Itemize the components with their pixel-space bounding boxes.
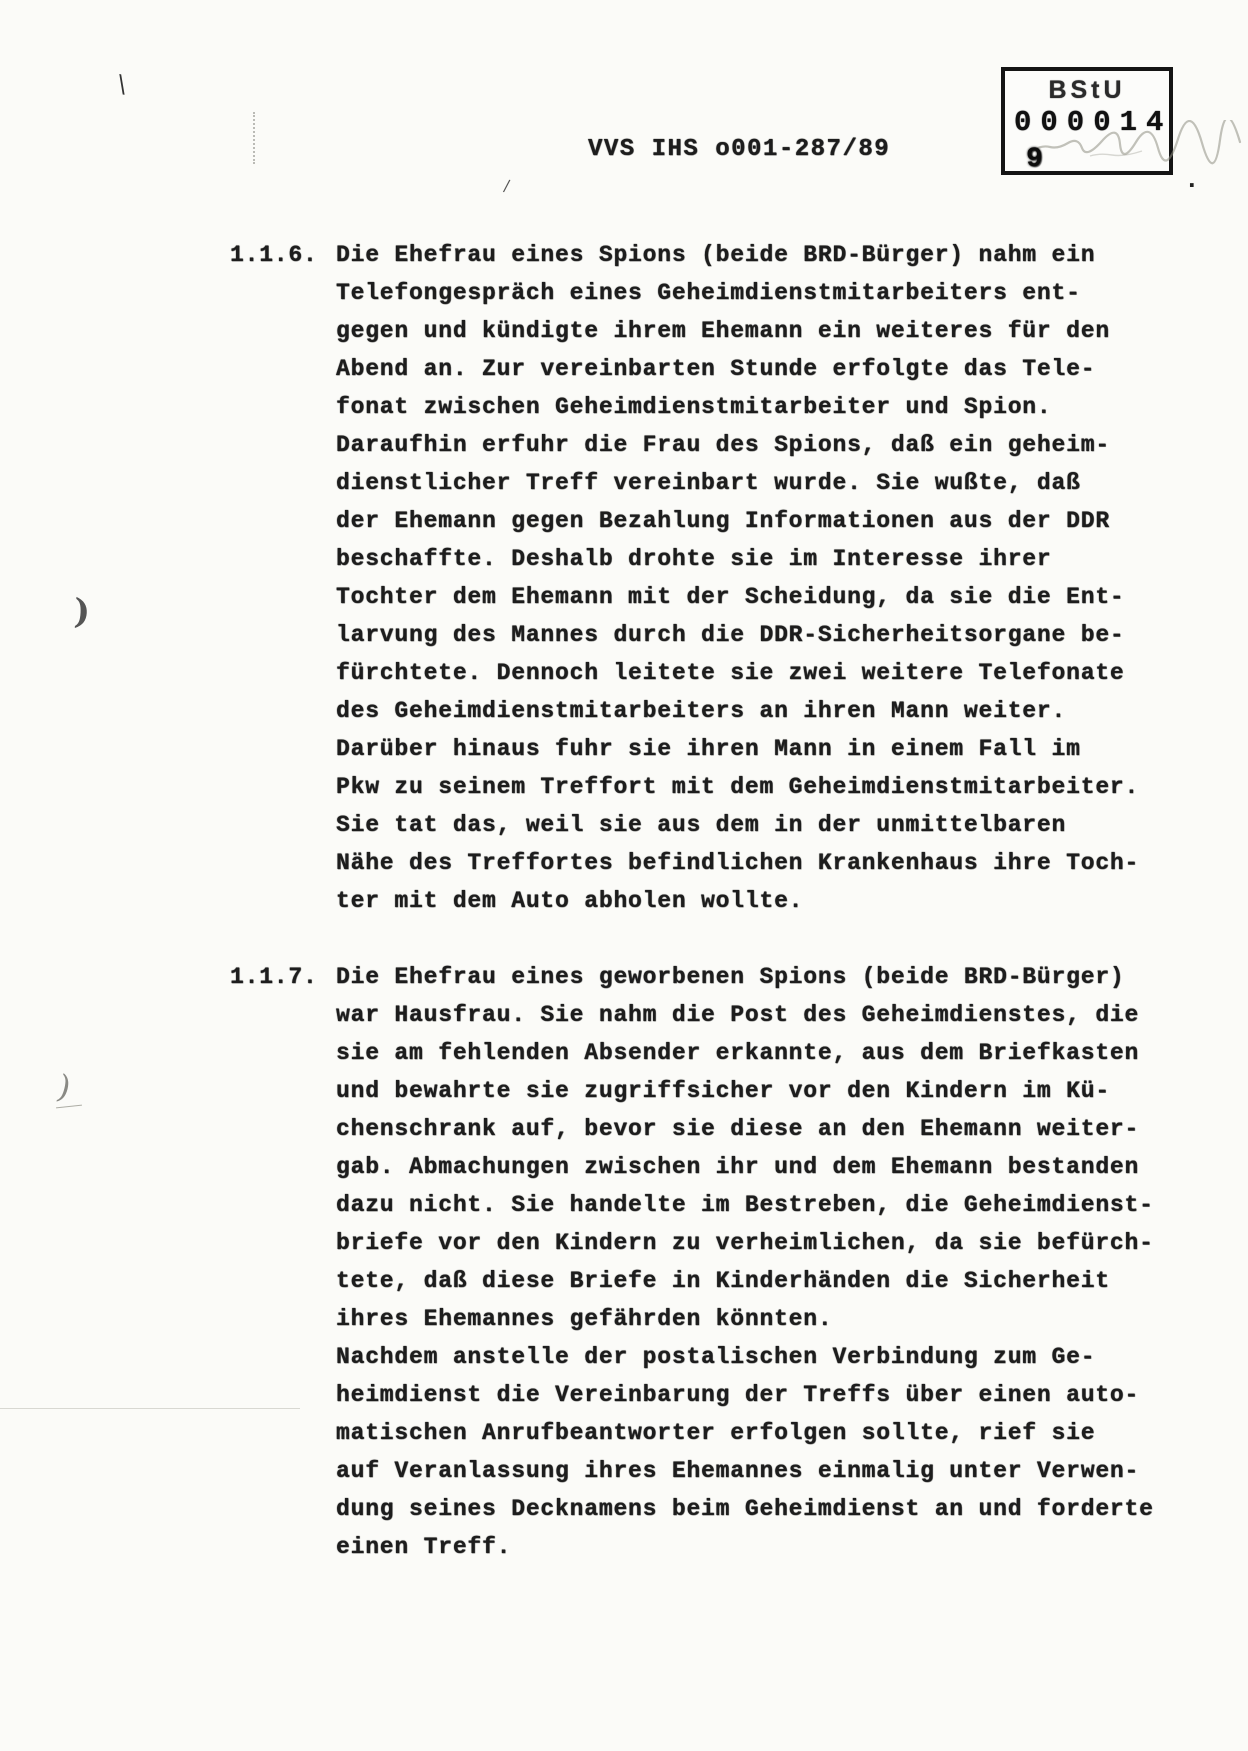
section-1-1-7: 1.1.7. Die Ehefrau eines geworbenen Spio… — [230, 958, 1180, 1566]
text-line: der Ehemann gegen Bezahlung Informatione… — [336, 502, 1180, 540]
scan-artifact-dotted-line — [253, 112, 255, 164]
text-line: larvung des Mannes durch die DDR-Sicherh… — [336, 616, 1180, 654]
text-line: Die Ehefrau eines Spions (beide BRD-Bürg… — [336, 236, 1180, 274]
text-line: fonat zwischen Geheimdienstmitarbeiter u… — [336, 388, 1180, 426]
text-line: Sie tat das, weil sie aus dem in der unm… — [336, 806, 1180, 844]
classification-header: VVS IHS o001-287/89 — [588, 136, 890, 163]
scribble-mark — [1030, 120, 1245, 165]
text-line: dung seines Decknamens beim Geheimdienst… — [336, 1490, 1180, 1528]
text-line: des Geheimdienstmitarbeiters an ihren Ma… — [336, 692, 1180, 730]
text-line: chenschrank auf, bevor sie diese an den … — [336, 1110, 1180, 1148]
text-line: einen Treff. — [336, 1528, 1180, 1566]
section-number: 1.1.7. — [230, 958, 336, 996]
text-line: Tochter dem Ehemann mit der Scheidung, d… — [336, 578, 1180, 616]
pen-mark-backslash: \ — [116, 70, 128, 99]
text-line: und bewahrte sie zugriffsicher vor den K… — [336, 1072, 1180, 1110]
text-line: Telefongespräch eines Geheimdienstmitarb… — [336, 274, 1180, 312]
text-line: Nachdem anstelle der postalischen Verbin… — [336, 1338, 1180, 1376]
scan-artifact-dot: . — [1184, 165, 1200, 195]
pen-mark-paren-bottom: ) — [54, 1067, 75, 1107]
text-line: Daraufhin erfuhr die Frau des Spions, da… — [336, 426, 1180, 464]
section-text: Die Ehefrau eines Spions (beide BRD-Bürg… — [336, 236, 1180, 920]
text-line: ter mit dem Auto abholen wollte. — [336, 882, 1180, 920]
text-line: auf Veranlassung ihres Ehemannes einmali… — [336, 1452, 1180, 1490]
section-number: 1.1.6. — [230, 236, 336, 274]
text-line: tete, daß diese Briefe in Kinderhänden d… — [336, 1262, 1180, 1300]
document-page: \ / ) ) VVS IHS o001-287/89 9 BStU 00001… — [0, 0, 1248, 1751]
text-line: fürchtete. Dennoch leitete sie zwei weit… — [336, 654, 1180, 692]
text-line: Pkw zu seinem Treffort mit dem Geheimdie… — [336, 768, 1180, 806]
text-line: briefe vor den Kindern zu verheimlichen,… — [336, 1224, 1180, 1262]
document-body: 1.1.6. Die Ehefrau eines Spions (beide B… — [230, 236, 1180, 1566]
text-line: Darüber hinaus fuhr sie ihren Mann in ei… — [336, 730, 1180, 768]
text-line: dazu nicht. Sie handelte im Bestreben, d… — [336, 1186, 1180, 1224]
text-line: Die Ehefrau eines geworbenen Spions (bei… — [336, 958, 1180, 996]
text-line: matischen Anrufbeantworter erfolgen soll… — [336, 1414, 1180, 1452]
section-1-1-6: 1.1.6. Die Ehefrau eines Spions (beide B… — [230, 236, 1180, 920]
text-line: heimdienst die Vereinbarung der Treffs ü… — [336, 1376, 1180, 1414]
text-line: sie am fehlenden Absender erkannte, aus … — [336, 1034, 1180, 1072]
text-line: war Hausfrau. Sie nahm die Post des Gehe… — [336, 996, 1180, 1034]
text-line: beschaffte. Deshalb drohte sie im Intere… — [336, 540, 1180, 578]
pen-mark-paren-top: ) — [73, 592, 91, 633]
pen-mark-slash: / — [502, 176, 511, 196]
text-line: ihres Ehemannes gefährden könnten. — [336, 1300, 1180, 1338]
text-line: gegen und kündigte ihrem Ehemann ein wei… — [336, 312, 1180, 350]
text-line: Nähe des Treffortes befindlichen Kranken… — [336, 844, 1180, 882]
text-line: Abend an. Zur vereinbarten Stunde erfolg… — [336, 350, 1180, 388]
section-text: Die Ehefrau eines geworbenen Spions (bei… — [336, 958, 1180, 1566]
text-line: gab. Abmachungen zwischen ihr und dem Eh… — [336, 1148, 1180, 1186]
text-line: dienstlicher Treff vereinbart wurde. Sie… — [336, 464, 1180, 502]
stamp-agency-label: BStU — [1005, 76, 1169, 105]
page-number: 9 — [1026, 144, 1043, 175]
